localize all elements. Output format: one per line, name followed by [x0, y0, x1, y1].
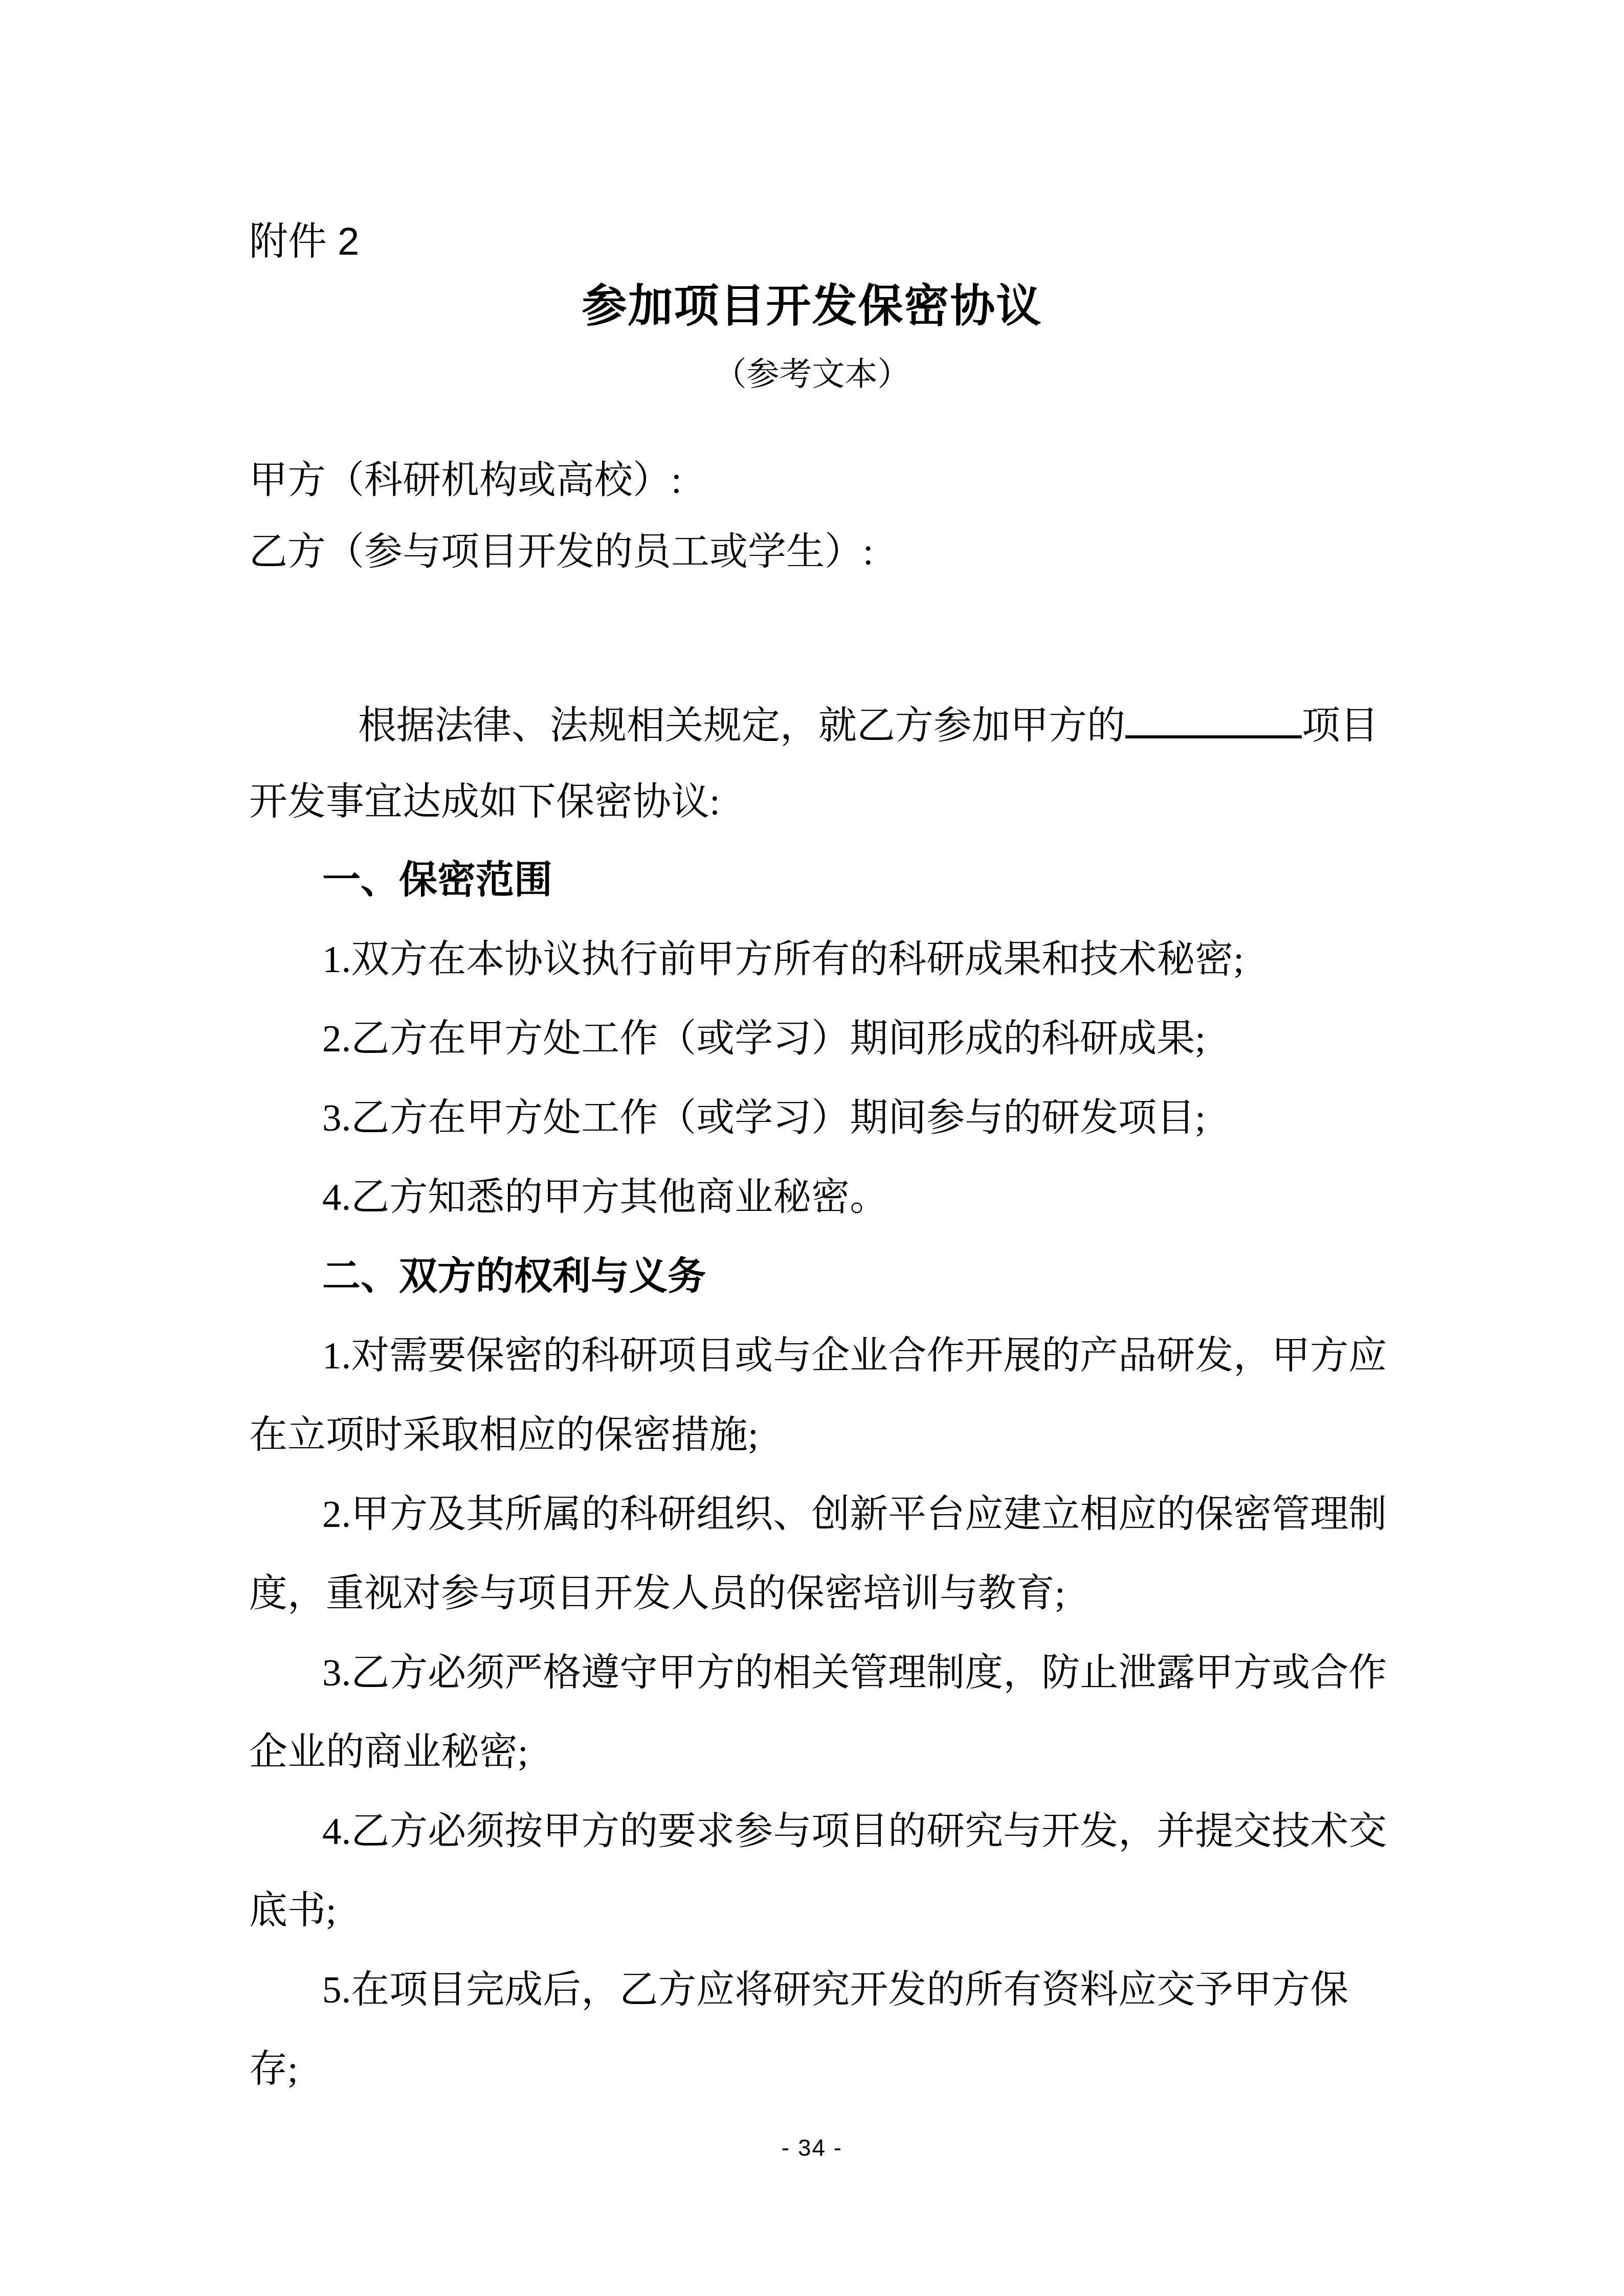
party-b-line: 乙方（参与项目开发的员工或学生）: — [249, 528, 874, 576]
party-a-line: 甲方（科研机构或高校）: — [249, 457, 682, 505]
section-2-item-2-line-1: 2.甲方及其所属的科研组织、创新平台应建立相应的保密管理制 — [322, 1491, 1387, 1539]
section-1-item-3: 3.乙方在甲方处工作（或学习）期间参与的研发项目; — [322, 1094, 1206, 1142]
document-subtitle: （参考文本） — [0, 354, 1624, 395]
section-1-item-4: 4.乙方知悉的甲方其他商业秘密。 — [322, 1174, 888, 1222]
section-2-item-3-line-2: 企业的商业秘密; — [249, 1728, 528, 1776]
section-2-item-5-line-2: 存; — [249, 2045, 298, 2094]
intro-text-before-blank: 根据法律、法规相关规定，就乙方参加甲方的 — [358, 705, 1125, 747]
section-2-item-4-line-1: 4.乙方必须按甲方的要求参与项目的研究与开发，并提交技术交 — [322, 1808, 1387, 1856]
attachment-label: 附件 2 — [249, 217, 359, 266]
section-2-item-1-line-2: 在立项时采取相应的保密措施; — [249, 1411, 759, 1459]
intro-paragraph-line-2: 开发事宜达成如下保密协议: — [249, 778, 720, 826]
document-title: 参加项目开发保密协议 — [0, 279, 1624, 335]
page-number: - 34 - — [0, 2133, 1624, 2163]
section-1-heading: 一、保密范围 — [322, 857, 552, 905]
intro-text-after-blank: 项目 — [1302, 705, 1378, 747]
section-2-heading: 二、双方的权利与义务 — [322, 1253, 706, 1301]
fill-in-blank-project-name — [1125, 701, 1302, 738]
intro-paragraph-line-1: 根据法律、法规相关规定，就乙方参加甲方的项目 — [358, 701, 1378, 750]
section-2-item-2-line-2: 度，重视对参与项目开发人员的保密培训与教育; — [249, 1570, 1065, 1618]
section-1-item-2: 2.乙方在甲方处工作（或学习）期间形成的科研成果; — [322, 1015, 1206, 1063]
section-2-item-4-line-2: 底书; — [249, 1887, 337, 1935]
section-2-item-5-line-1: 5.在项目完成后，乙方应将研究开发的所有资料应交予甲方保 — [322, 1966, 1348, 2014]
document-page: 附件 2 参加项目开发保密协议 （参考文本） 甲方（科研机构或高校）: 乙方（参… — [0, 0, 1624, 2296]
section-1-item-1: 1.双方在本协议执行前甲方所有的科研成果和技术秘密; — [322, 936, 1244, 984]
section-2-item-1-line-1: 1.对需要保密的科研项目或与企业合作开展的产品研发，甲方应 — [322, 1332, 1387, 1380]
section-2-item-3-line-1: 3.乙方必须严格遵守甲方的相关管理制度，防止泄露甲方或合作 — [322, 1649, 1387, 1697]
